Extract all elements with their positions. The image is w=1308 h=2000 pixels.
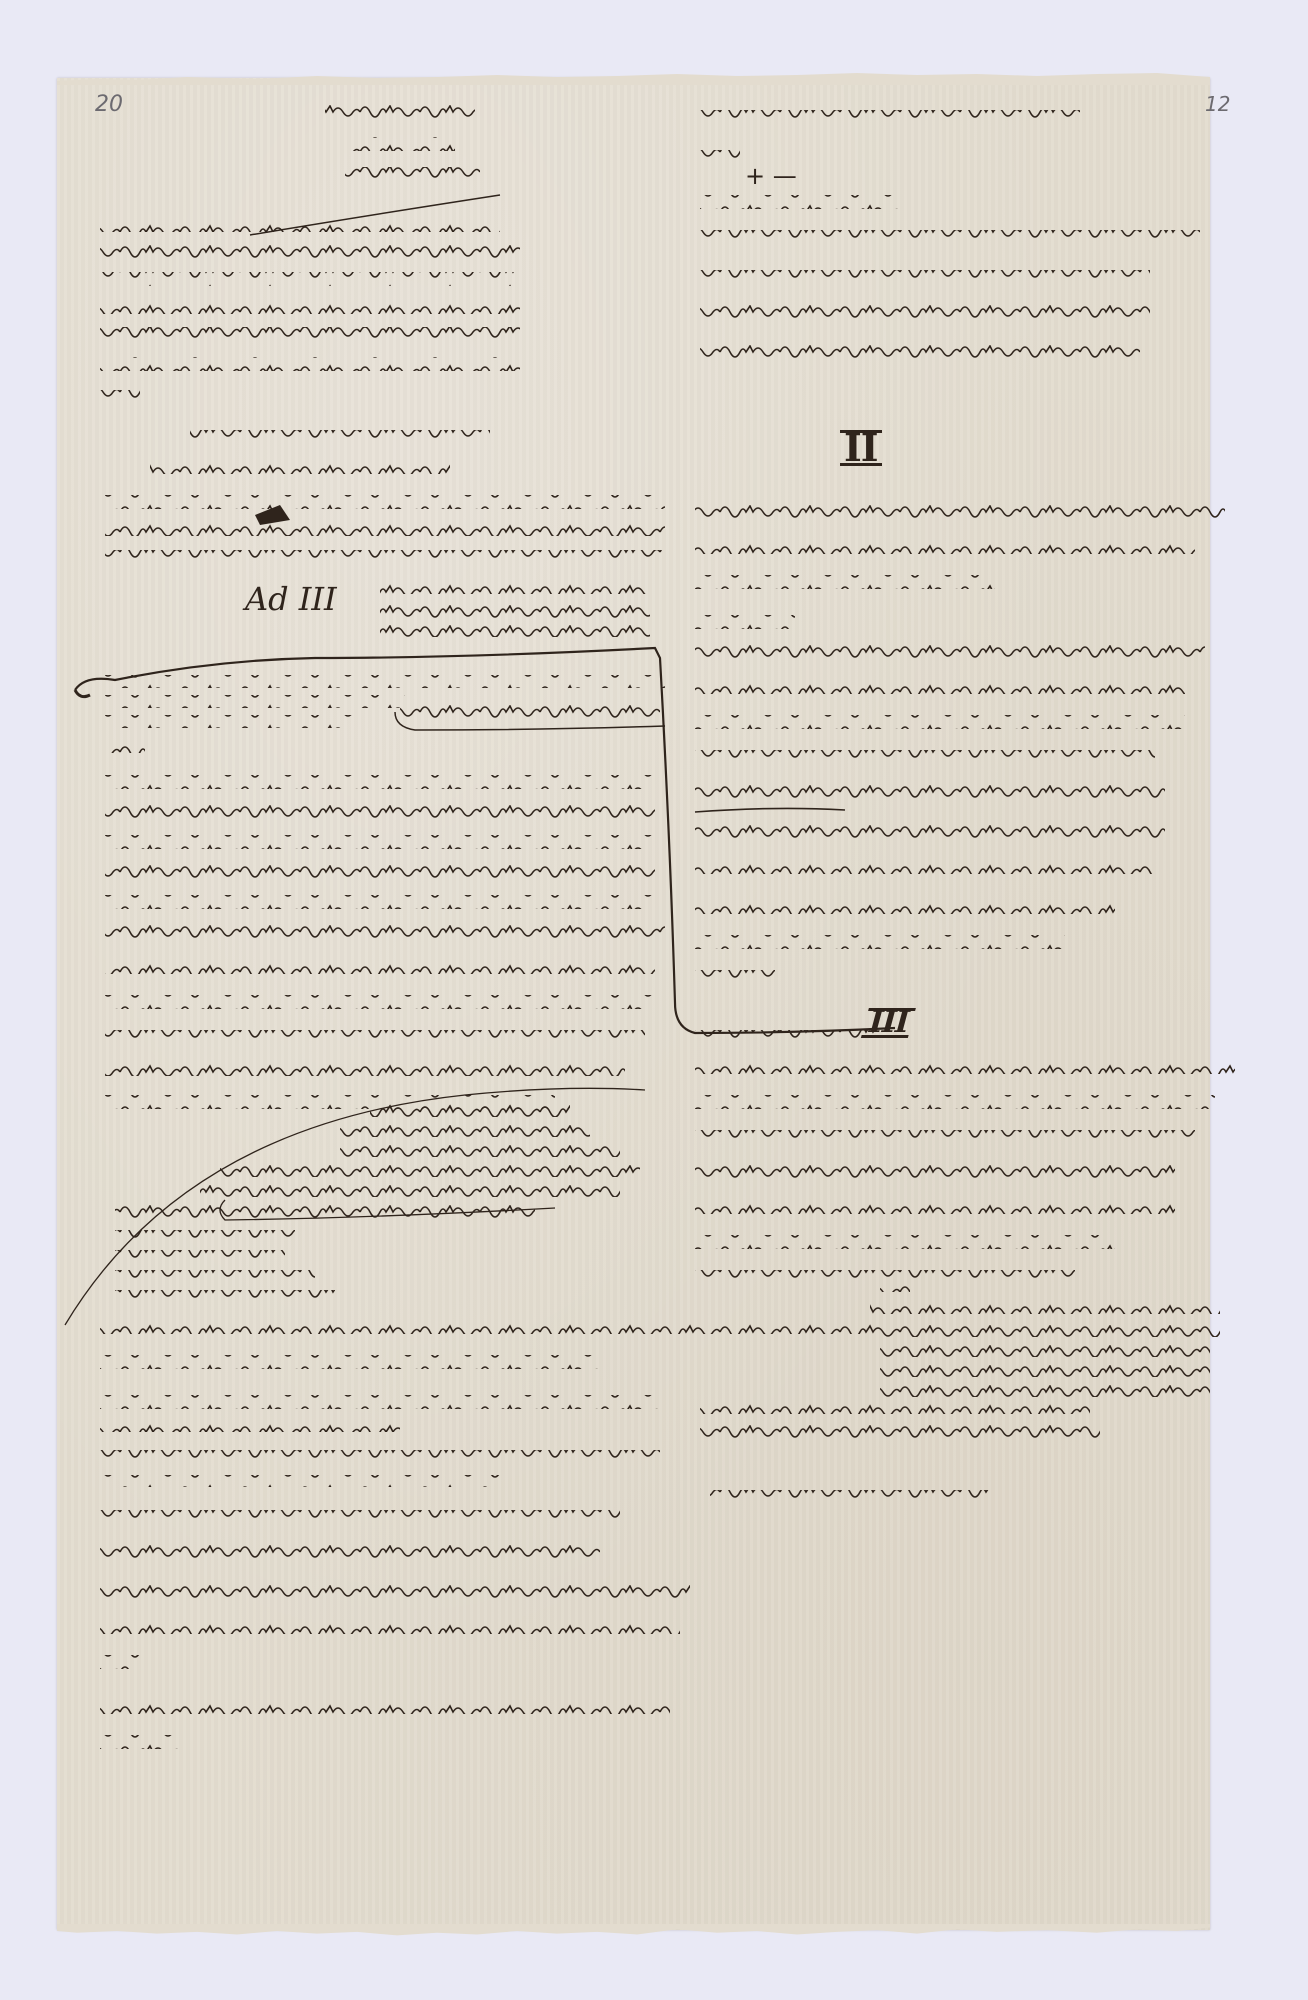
manuscript-page	[57, 78, 1210, 1930]
section-numeral-II: II	[840, 425, 882, 470]
plus-minus-mark: + —	[745, 162, 797, 190]
folio-number-right: 12	[1205, 92, 1230, 116]
deckled-top-edge	[57, 71, 1210, 85]
heading-ad-III: Ad III	[245, 580, 337, 618]
folio-number-left: 20	[95, 92, 123, 117]
section-numeral-III: III	[860, 1005, 916, 1040]
deckled-bottom-edge	[57, 1924, 1210, 1938]
